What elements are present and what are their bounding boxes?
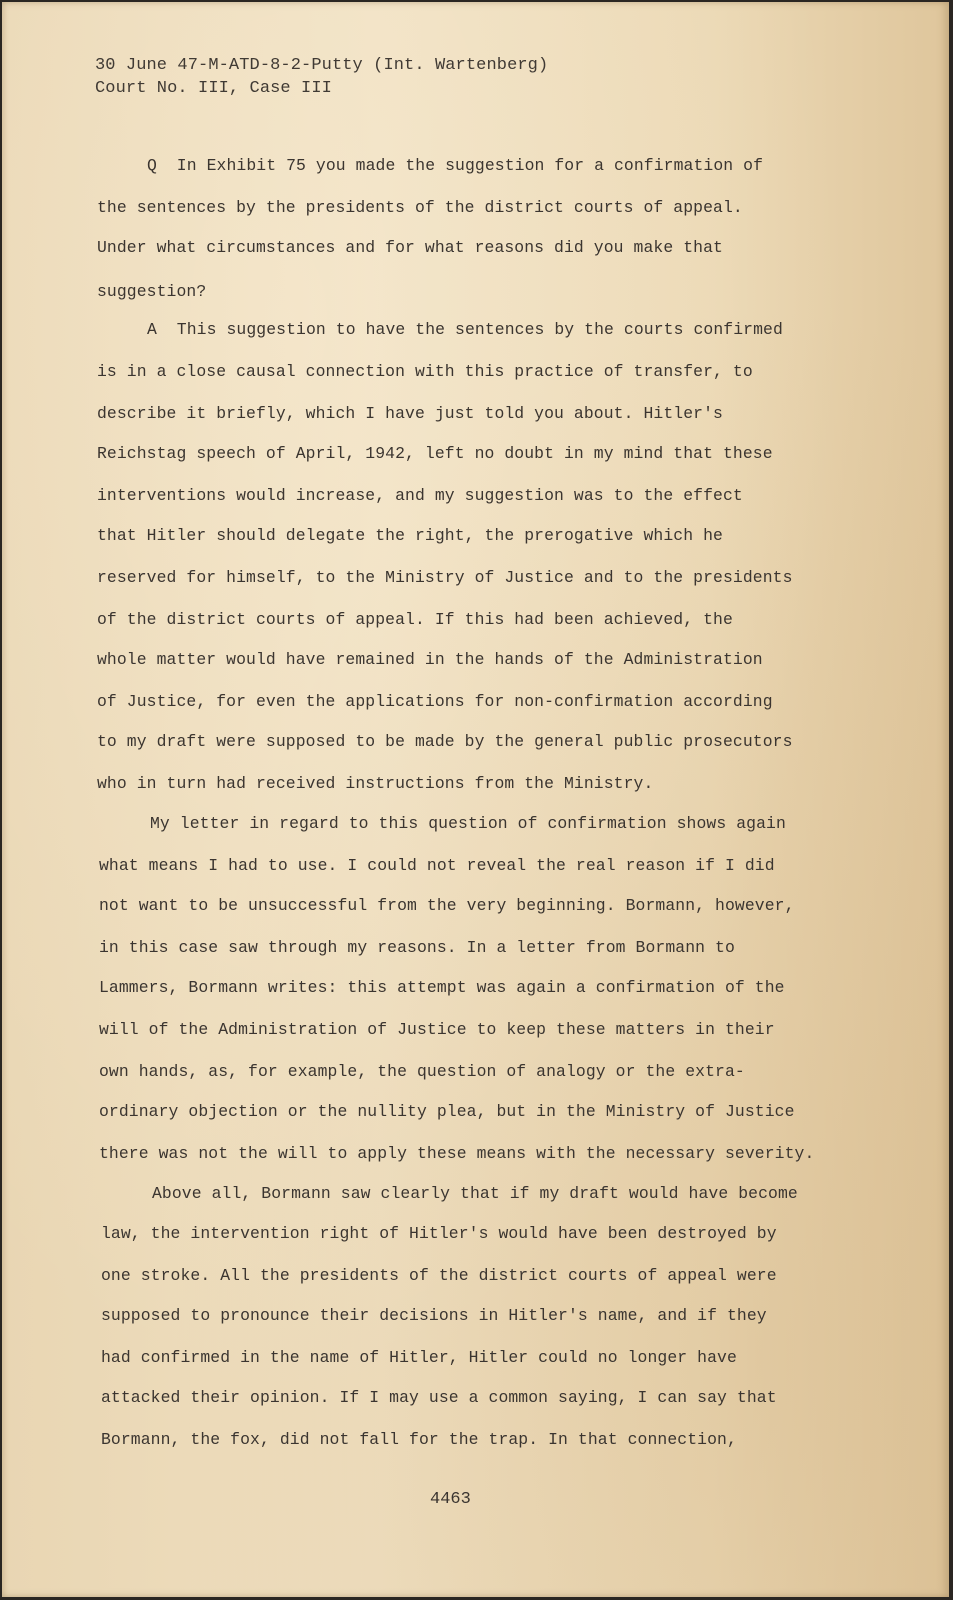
body-line: describe it briefly, which I have just t… <box>97 404 723 424</box>
body-line: not want to be unsuccessful from the ver… <box>99 896 795 916</box>
body-line: is in a close causal connection with thi… <box>97 362 753 382</box>
body-line: in this case saw through my reasons. In … <box>99 938 735 958</box>
body-line: that Hitler should delegate the right, t… <box>97 526 723 546</box>
body-line: the sentences by the presidents of the d… <box>97 198 743 218</box>
body-line: Lammers, Bormann writes: this attempt wa… <box>99 978 785 998</box>
body-line: will of the Administration of Justice to… <box>99 1020 775 1040</box>
body-line: law, the intervention right of Hitler's … <box>101 1224 777 1244</box>
page-number: 4463 <box>430 1490 471 1509</box>
body-line: My letter in regard to this question of … <box>150 814 786 834</box>
body-line: attacked their opinion. If I may use a c… <box>101 1388 777 1408</box>
body-line: Reichstag speech of April, 1942, left no… <box>97 444 773 464</box>
body-line: interventions would increase, and my sug… <box>97 486 743 506</box>
body-line: whole matter would have remained in the … <box>97 650 763 670</box>
body-line: suggestion? <box>97 282 206 302</box>
body-line: one stroke. All the presidents of the di… <box>101 1266 777 1286</box>
body-line: there was not the will to apply these me… <box>99 1144 814 1164</box>
body-line: own hands, as, for example, the question… <box>99 1062 745 1082</box>
body-line: of Justice, for even the applications fo… <box>97 692 773 712</box>
body-line: of the district courts of appeal. If thi… <box>97 610 733 630</box>
body-line: A This suggestion to have the sentences … <box>147 320 783 340</box>
body-line: reserved for himself, to the Ministry of… <box>97 568 793 588</box>
body-line: Under what circumstances and for what re… <box>97 238 723 258</box>
body-line: Above all, Bormann saw clearly that if m… <box>152 1184 798 1204</box>
body-line: Q In Exhibit 75 you made the suggestion … <box>147 156 763 176</box>
body-line: supposed to pronounce their decisions in… <box>101 1306 767 1326</box>
body-line: what means I had to use. I could not rev… <box>99 856 775 876</box>
body-line: had confirmed in the name of Hitler, Hit… <box>101 1348 737 1368</box>
document-page: 30 June 47-M-ATD-8-2-Putty (Int. Wartenb… <box>2 2 949 1597</box>
body-line: to my draft were supposed to be made by … <box>97 732 793 752</box>
body-line: ordinary objection or the nullity plea, … <box>99 1102 795 1122</box>
body-line: Bormann, the fox, did not fall for the t… <box>101 1430 737 1450</box>
body-line: who in turn had received instructions fr… <box>97 774 653 794</box>
header-line-1: 30 June 47-M-ATD-8-2-Putty (Int. Wartenb… <box>95 56 548 76</box>
header-line-2: Court No. III, Case III <box>95 79 332 99</box>
